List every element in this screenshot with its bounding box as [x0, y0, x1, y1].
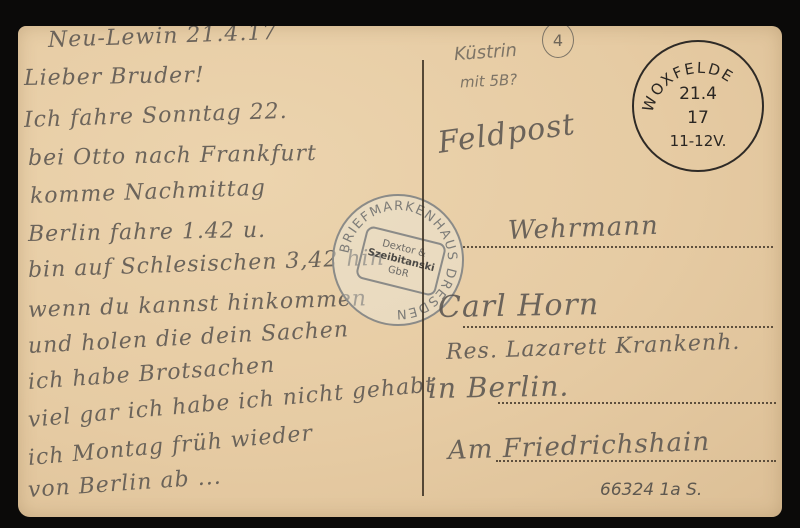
pencil-note-town: Küstrin — [453, 40, 517, 65]
message-line: Lieber Bruder! — [24, 63, 205, 91]
circled-number: 4 — [542, 26, 574, 58]
message-line: komme Nachmittag — [30, 176, 267, 209]
address-feldpost: Feldpost — [436, 107, 578, 161]
card-divider — [422, 60, 424, 496]
message-line: wenn du kannst hinkommen — [28, 286, 368, 323]
address-dotted-line — [463, 246, 773, 248]
postmark-town-arc: WOXFELDE — [634, 42, 762, 170]
postmark: WOXFELDE 21.4 17 11-12V. — [632, 40, 764, 172]
address-rank: Wehrmann — [507, 211, 659, 246]
message-line: Neu-Lewin 21.4.17 — [48, 26, 278, 53]
pencil-note-sub: mit 5B? — [460, 71, 518, 92]
address-name: Carl Horn — [438, 287, 600, 325]
message-line: und holen die dein Sachen — [27, 317, 349, 359]
postmark-year: 17 — [634, 108, 762, 128]
address-dotted-line — [496, 460, 776, 462]
message-line: Berlin fahre 1.42 u. — [28, 218, 266, 247]
postmark-time: 11-12V. — [634, 132, 762, 150]
address-hospital: Res. Lazarett Krankenh. — [446, 330, 741, 365]
address-city: in Berlin. — [428, 370, 570, 405]
address-dotted-line — [498, 402, 776, 404]
catalog-note: 66324 1a S. — [600, 480, 702, 500]
postmark-date: 21.4 — [634, 84, 762, 104]
postcard: Neu-Lewin 21.4.17 Lieber Bruder! Ich fah… — [18, 26, 782, 517]
message-line: von Berlin ab ... — [27, 465, 222, 503]
address-dotted-line — [463, 326, 773, 328]
message-line: Ich fahre Sonntag 22. — [24, 99, 289, 133]
message-line: bei Otto nach Frankfurt — [28, 141, 317, 171]
